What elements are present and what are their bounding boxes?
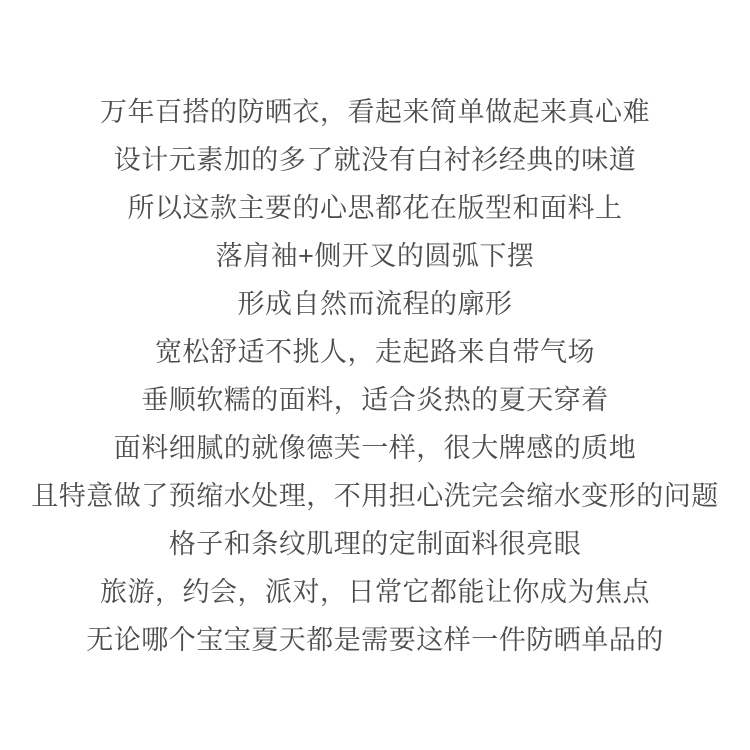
description-line-11: 旅游，约会，派对，日常它都能让你成为焦点	[0, 568, 750, 616]
description-line-7: 垂顺软糯的面料，适合炎热的夏天穿着	[0, 376, 750, 424]
description-line-9: 且特意做了预缩水处理，不用担心洗完会缩水变形的问题	[0, 472, 750, 520]
description-line-4: 落肩袖+侧开叉的圆弧下摆	[0, 232, 750, 280]
description-line-8: 面料细腻的就像德芙一样，很大牌感的质地	[0, 424, 750, 472]
description-line-10: 格子和条纹肌理的定制面料很亮眼	[0, 520, 750, 568]
description-line-12: 无论哪个宝宝夏天都是需要这样一件防晒单品的	[0, 616, 750, 664]
description-line-5: 形成自然而流程的廓形	[0, 280, 750, 328]
description-line-6: 宽松舒适不挑人，走起路来自带气场	[0, 328, 750, 376]
description-line-1: 万年百搭的防晒衣，看起来简单做起来真心难	[0, 88, 750, 136]
description-line-3: 所以这款主要的心思都花在版型和面料上	[0, 184, 750, 232]
product-description: 万年百搭的防晒衣，看起来简单做起来真心难 设计元素加的多了就没有白衬衫经典的味道…	[0, 0, 750, 664]
description-line-2: 设计元素加的多了就没有白衬衫经典的味道	[0, 136, 750, 184]
